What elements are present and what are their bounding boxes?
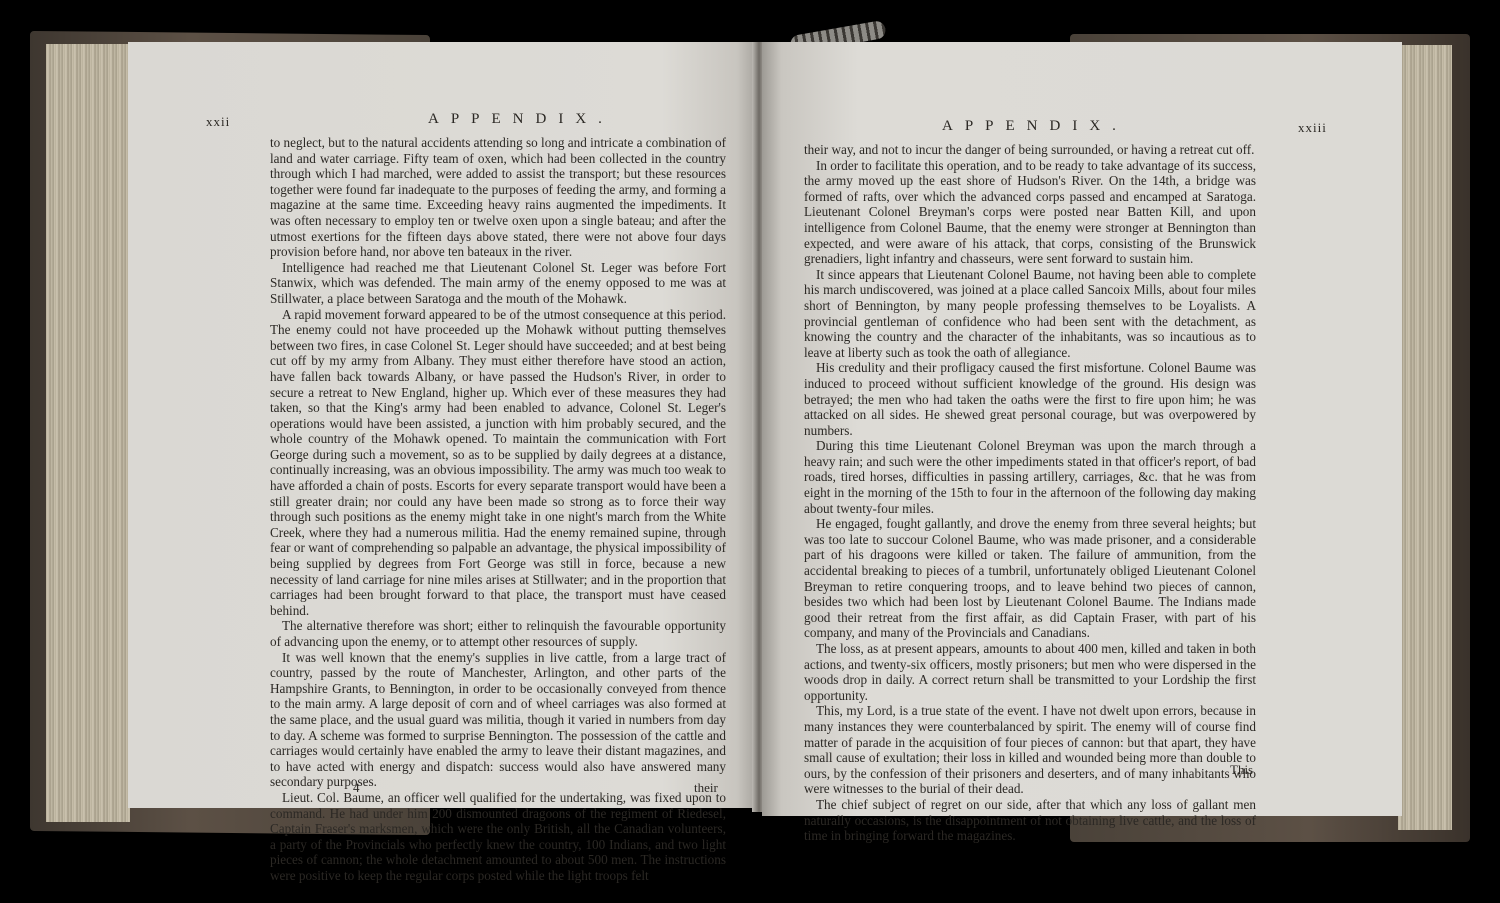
right-page: APPENDIX. xxiii their way, and not to in…: [762, 42, 1402, 816]
page-edges-left: [46, 44, 130, 822]
page-number-left: xxii: [206, 114, 230, 130]
paragraph: He engaged, fought gallantly, and drove …: [804, 516, 1256, 641]
paragraph: to neglect, but to the natural accidents…: [270, 135, 726, 260]
paragraph: It was well known that the enemy's suppl…: [270, 650, 726, 790]
paragraph: Lieut. Col. Baume, an officer well quali…: [270, 790, 726, 884]
left-page: xxii APPENDIX. to neglect, but to the na…: [128, 42, 756, 808]
paragraph: A rapid movement forward appeared to be …: [270, 307, 726, 619]
paragraph: The alternative therefore was short; eit…: [270, 618, 726, 649]
paragraph: The chief subject of regret on our side,…: [804, 797, 1256, 844]
catchword-left: their: [694, 780, 718, 796]
signature-mark: 4: [353, 780, 360, 796]
running-head-right: APPENDIX.: [942, 118, 1128, 135]
page-number-right: xxiii: [1298, 120, 1327, 136]
catchword-right: This: [1230, 762, 1253, 778]
paragraph: The loss, as at present appears, amounts…: [804, 641, 1256, 703]
page-edges-right: [1398, 45, 1452, 830]
paragraph: During this time Lieutenant Colonel Brey…: [804, 438, 1256, 516]
paragraph: This, my Lord, is a true state of the ev…: [804, 703, 1256, 797]
left-page-body: to neglect, but to the natural accidents…: [270, 135, 726, 884]
paragraph: Intelligence had reached me that Lieuten…: [270, 260, 726, 307]
right-page-body: their way, and not to incur the danger o…: [804, 142, 1256, 844]
running-head-left: APPENDIX.: [428, 111, 614, 128]
paragraph: their way, and not to incur the danger o…: [804, 142, 1256, 158]
paragraph: It since appears that Lieutenant Colonel…: [804, 267, 1256, 361]
paragraph: In order to facilitate this operation, a…: [804, 158, 1256, 267]
paragraph: His credulity and their profligacy cause…: [804, 360, 1256, 438]
